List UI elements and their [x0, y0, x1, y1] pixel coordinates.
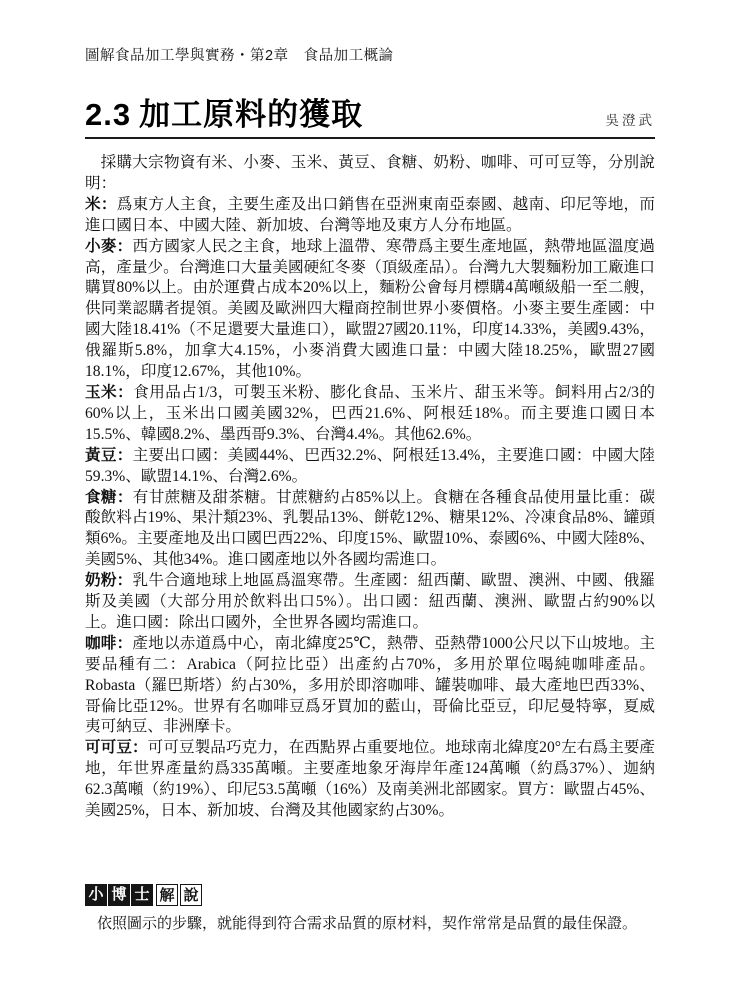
running-header: 圖解食品加工學與實務・第2章 食品加工概論 [85, 44, 394, 65]
topic-text-cocoa: 可可豆製品巧克力，在西點界占重要地位。地球南北緯度20°左右爲主要產地，年世界產… [85, 739, 655, 819]
topic-paragraph-wheat: 小麥：西方國家人民之主食，地球上溫帶、寒帶爲主要生產地區，熱帶地區溫度過高，產量… [85, 237, 655, 383]
doctor-note-text: 依照圖示的步驟，就能得到符合需求品質的原材料，契作常常是品質的最佳保證。 [85, 913, 655, 934]
badge-tile-4: 解 [156, 884, 178, 906]
topic-text-soybean: 主要出口國：美國44%、巴西32.2%、阿根廷13.4%，主要進口國：中國大陸5… [85, 447, 655, 485]
badge-tile-3: 士 [131, 884, 153, 906]
topic-label-soybean: 黃豆： [85, 447, 133, 464]
topic-text-coffee: 產地以赤道爲中心，南北緯度25℃，熱帶、亞熱帶1000公尺以下山坡地。主要品種有… [85, 635, 655, 736]
topic-paragraph-milk-powder: 奶粉：乳牛合適地球上地區爲溫寒帶。生產國：紐西蘭、歐盟、澳洲、中國、俄羅斯及美國… [85, 571, 655, 634]
doctor-note-section: 小 博 士 解 說 依照圖示的步驟，就能得到符合需求品質的原材料，契作常常是品質… [85, 884, 655, 934]
topic-label-coffee: 咖啡： [85, 635, 132, 652]
topic-text-corn: 食用品占1/3，可製玉米粉、膨化食品、玉米片、甜玉米等。飼料用占2/3的60%以… [85, 384, 655, 443]
topic-paragraph-cocoa: 可可豆：可可豆製品巧克力，在西點界占重要地位。地球南北緯度20°左右爲主要產地，… [85, 738, 655, 822]
topic-paragraph-sugar: 食糖：有甘蔗糖及甜茶糖。甘蔗糖約占85%以上。食糖在各種食品使用量比重：碳酸飲料… [85, 488, 655, 572]
badge-tile-1: 小 [85, 884, 107, 906]
section-number: 2.3 [85, 97, 131, 132]
badge-tile-5: 說 [180, 884, 202, 906]
topic-paragraph-rice: 米：爲東方人主食，主要生產及出口銷售在亞洲東南亞泰國、越南、印尼等地，而進口國日… [85, 195, 655, 237]
topic-label-sugar: 食糖： [85, 489, 133, 506]
topic-label-milk-powder: 奶粉： [85, 572, 133, 589]
topic-text-milk-powder: 乳牛合適地球上地區爲溫寒帶。生產國：紐西蘭、歐盟、澳洲、中國、俄羅斯及美國（大部… [85, 572, 655, 631]
body-text: 採購大宗物資有米、小麥、玉米、黃豆、食糖、奶粉、咖啡、可可豆等，分別說明： 米：… [85, 153, 655, 822]
doctor-note-badge: 小 博 士 解 說 [85, 884, 655, 906]
intro-paragraph: 採購大宗物資有米、小麥、玉米、黃豆、食糖、奶粉、咖啡、可可豆等，分別說明： [85, 153, 655, 195]
section-title: 2.3加工原料的獲取 [85, 98, 363, 132]
topic-text-rice: 爲東方人主食，主要生產及出口銷售在亞洲東南亞泰國、越南、印尼等地，而進口國日本、… [85, 196, 655, 234]
textbook-page: 圖解食品加工學與實務・第2章 食品加工概論 2.3加工原料的獲取 吳澄武 採購大… [0, 0, 739, 1000]
topic-label-cocoa: 可可豆： [85, 739, 148, 756]
topic-text-sugar: 有甘蔗糖及甜茶糖。甘蔗糖約占85%以上。食糖在各種食品使用量比重：碳酸飲料占19… [85, 489, 655, 569]
section-title-row: 2.3加工原料的獲取 吳澄武 [85, 98, 655, 132]
topic-paragraph-coffee: 咖啡：產地以赤道爲中心，南北緯度25℃，熱帶、亞熱帶1000公尺以下山坡地。主要… [85, 634, 655, 739]
topic-label-corn: 玉米： [85, 384, 133, 401]
topic-paragraph-soybean: 黃豆：主要出口國：美國44%、巴西32.2%、阿根廷13.4%，主要進口國：中國… [85, 446, 655, 488]
topic-label-rice: 米： [85, 196, 117, 213]
topic-label-wheat: 小麥： [85, 238, 133, 255]
topic-text-wheat: 西方國家人民之主食，地球上溫帶、寒帶爲主要生產地區，熱帶地區溫度過高，產量少。台… [85, 238, 655, 380]
badge-tile-2: 博 [108, 884, 130, 906]
section-title-text: 加工原料的獲取 [139, 97, 363, 132]
title-rule [85, 137, 655, 139]
topic-paragraph-corn: 玉米：食用品占1/3，可製玉米粉、膨化食品、玉米片、甜玉米等。飼料用占2/3的6… [85, 383, 655, 446]
author-name: 吳澄武 [606, 109, 656, 129]
